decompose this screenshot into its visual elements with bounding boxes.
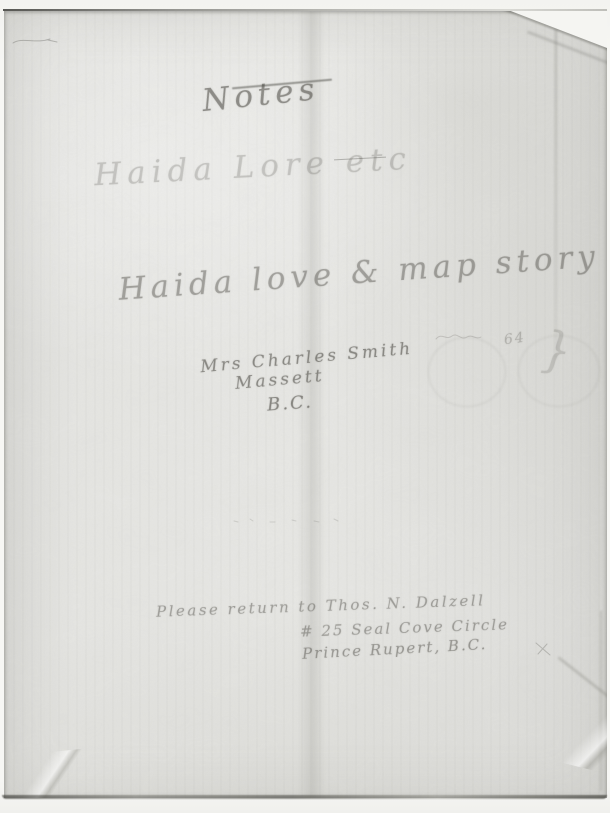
subject-line: Haida Lore etc: [93, 141, 412, 194]
document-page: Notes Haida Lore etc Haida love & map st…: [4, 11, 607, 798]
bottom-left-corner-curl: [4, 748, 91, 798]
scanned-document: Notes Haida Lore etc Haida love & map st…: [0, 0, 610, 813]
bottom-right-corner-curl: [538, 699, 607, 784]
ghost-circle-left: [428, 337, 506, 407]
owner-province: B.C.: [266, 391, 313, 415]
page-bottom-edge: [2, 795, 607, 799]
page-top-edge: [3, 9, 607, 11]
side-annotation-number: 64: [503, 330, 527, 349]
pencil-scribble-top-left: [10, 31, 74, 51]
pencil-x-mark: [532, 639, 556, 661]
pencil-smudge-mid-page: [230, 511, 350, 529]
right-fold-line: [555, 29, 557, 359]
main-title-line: Haida love & map story: [117, 238, 601, 308]
